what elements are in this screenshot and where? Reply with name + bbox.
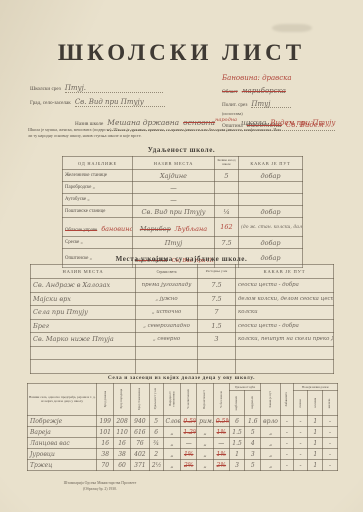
far-house: 3	[245, 449, 261, 460]
cart: 1	[308, 427, 323, 438]
kindergarten: -	[281, 449, 294, 460]
t3-col-religion: Вероисповест	[197, 384, 214, 416]
t2-r2-place: Села при Птују	[31, 306, 136, 320]
pct-illiterate: 2%	[181, 460, 197, 471]
houses: 199	[97, 416, 114, 427]
instruction-note: Школа је мушка, женска, мешовита (подврс…	[28, 127, 336, 139]
t2-r0-km: 7.5	[198, 279, 236, 293]
road: врло добар	[261, 416, 281, 427]
t3-col-distance: Удаљеност у км	[149, 384, 163, 416]
grad-label: Град, село-заселак	[30, 100, 71, 106]
t2-r4-place: Св. Марко ниже Птуја	[31, 333, 136, 347]
cart: 1	[308, 416, 323, 427]
t3-group2: На који начин долазе	[293, 384, 337, 391]
road: „	[261, 449, 281, 460]
t3-col-nationality: Народност становника	[163, 384, 181, 416]
pct-noschool: 2%	[213, 460, 229, 471]
village-name: Побрежје	[28, 416, 97, 427]
far-house: 5	[245, 460, 261, 471]
pct-noschool: 0.5%	[213, 416, 229, 427]
t1-r3-label: Поштанске станице	[63, 206, 133, 218]
t1-r3-place: Св. Вид при Птују	[133, 206, 215, 218]
kindergarten: -	[281, 416, 294, 427]
t1-r0-km: 5	[215, 170, 239, 182]
t3-col-road: Какав је пут	[261, 384, 281, 416]
srez-label: Школски срез	[30, 86, 61, 92]
far-house: 5	[245, 427, 261, 438]
rail: -	[323, 449, 338, 460]
t2-r6-km	[198, 360, 236, 374]
t3-sub-near: најближих	[229, 391, 245, 416]
nationality: „	[163, 449, 181, 460]
villages-table: Називи села, односно предграђа, рејони и…	[27, 383, 338, 471]
t2-r6-place	[31, 360, 136, 374]
t1-col1: ОД НАЈБЛИЖЕ	[63, 157, 133, 170]
t2-r1-km: 7.5	[198, 292, 236, 306]
rail: -	[323, 460, 338, 471]
t2-r6-road	[236, 360, 334, 374]
oblast-label: Област	[222, 89, 238, 95]
t1-r0-label: Железничке станице	[63, 170, 133, 182]
families: 110	[114, 427, 131, 438]
t2-r5-road	[236, 346, 334, 360]
nearest-schools-table: НАЗИВ МЕСТА Страна света Растојање у км …	[30, 264, 334, 374]
families: 38	[114, 449, 131, 460]
pct-illiterate: 0.5%	[181, 416, 197, 427]
table-row: Св. Андраж в Халозах према југозападу 7.…	[31, 279, 334, 293]
section1-heading: Удаљеност школе.	[0, 146, 363, 154]
t2-r4-dir: „ северно	[136, 333, 198, 347]
t1-r5-road: добар	[239, 237, 303, 249]
pct-illiterate: 1.2%	[181, 427, 197, 438]
road: „	[261, 427, 281, 438]
nationality: „	[163, 427, 181, 438]
table-row: Паробродске „ —	[63, 182, 303, 194]
imprint-line2: (Образац бр. 2) 1930.	[83, 487, 117, 491]
families: 60	[114, 460, 131, 471]
grad-value: Св. Вид при Птују	[75, 98, 144, 106]
walk: -	[293, 449, 308, 460]
t2-col3: Растојање у км	[198, 265, 236, 279]
population: 76	[130, 438, 149, 449]
walk: -	[293, 416, 308, 427]
distance: 5	[149, 416, 163, 427]
table-row: Јуровци 38 38 402 2 „ 1% „ 1% 1 3 „ - - …	[28, 449, 338, 460]
t1-r4-label-red: бановинске	[101, 225, 132, 233]
t2-r4-road: колски, пешпут на скели преко Драве	[236, 333, 334, 347]
t1-col4: КАКАВ ЈЕ ПУТ	[239, 157, 303, 170]
t1-r4-place-red: Љубљана	[175, 225, 207, 233]
cart: 1	[308, 449, 323, 460]
t1-r5-place: Птуј	[133, 237, 215, 249]
printer-imprint: Штампарија Одсека Министарства Просвете …	[30, 481, 170, 492]
rail: -	[323, 427, 338, 438]
school-sheet-document: ШКОЛСКИ ЛИСТ Школски срез Птуј. Град, се…	[0, 0, 363, 512]
banovina-note: Бановина: дравска	[222, 74, 292, 82]
kindergarten: -	[281, 427, 294, 438]
distance-table: ОД НАЈБЛИЖЕ НАЗИВ МЕСТА Колико км од шко…	[62, 156, 303, 268]
t1-r4-road: (до ж. стан. колски, даље железница)	[239, 218, 303, 237]
t3-sub-walk: пешке	[293, 391, 308, 416]
t1-r2-km	[215, 194, 239, 206]
t2-r2-dir: „ источно	[136, 306, 198, 320]
t3-sub-far: најдаљих	[245, 391, 261, 416]
t2-col4: КАКАВ ЈЕ ПУТ	[236, 265, 334, 279]
t1-col2: НАЗИВ МЕСТА	[133, 157, 215, 170]
t2-col1: НАЗИВ МЕСТА	[31, 265, 136, 279]
families: 208	[114, 416, 131, 427]
kindergarten: -	[281, 438, 294, 449]
t1-r4-place-struck: Марибор	[140, 225, 171, 233]
pct-noschool: 1%	[213, 427, 229, 438]
table-row: Села при Птују „ источно 7 колски	[31, 306, 334, 320]
village-name: Ланцова вас	[28, 438, 97, 449]
t3-col-population: Број становника	[130, 384, 149, 416]
section2-heading: Места у којима су најближе школе.	[0, 255, 363, 263]
page-title: ШКОЛСКИ ЛИСТ	[0, 40, 363, 66]
families: 16	[114, 438, 131, 449]
population: 940	[130, 416, 149, 427]
houses: 70	[97, 460, 114, 471]
distance: 2½	[149, 460, 163, 471]
table-header-row: ОД НАЈБЛИЖЕ НАЗИВ МЕСТА Колико км од шко…	[63, 157, 303, 170]
t1-r2-place: —	[133, 194, 215, 206]
t1-r4-label-struck: Обласне управе	[65, 228, 97, 233]
t2-r1-dir: „ јужно	[136, 292, 198, 306]
t1-r2-label: Аутобуске „	[63, 194, 133, 206]
t2-r1-road: делом колски, делом сеоска цеста	[236, 292, 334, 306]
village-name: Јуровци	[28, 449, 97, 460]
religion: „	[197, 460, 214, 471]
t1-r5-km: 7.5	[215, 237, 239, 249]
population: 616	[130, 427, 149, 438]
t2-r4-km: 3	[198, 333, 236, 347]
far-house: 1.6	[245, 416, 261, 427]
t1-r0-road: добар	[239, 170, 303, 182]
imprint-line1: Штампарија Одсека Министарства Просвете	[64, 481, 137, 485]
t2-r3-dir: „ северозападно	[136, 319, 198, 333]
table-header-row: НАЗИВ МЕСТА Страна света Растојање у км …	[31, 265, 334, 279]
rail: -	[323, 438, 338, 449]
t1-r5-label: Среске „	[63, 237, 133, 249]
t3-col-noschool: % без школе	[213, 384, 229, 416]
table-row: Св. Марко ниже Птуја „ северно 3 колски,…	[31, 333, 334, 347]
religion: „	[197, 438, 214, 449]
t2-r5-dir	[136, 346, 198, 360]
t2-r0-place: Св. Андраж в Халозах	[31, 279, 136, 293]
religion: рим.кат.	[197, 416, 214, 427]
t3-col-kindergarten: Забавиште	[281, 384, 294, 416]
table-row: Тржец 70 60 371 2½ „ 2% „ 2% 3 5 „ - - 1…	[28, 460, 338, 471]
t1-r1-place: —	[133, 182, 215, 194]
road: „	[261, 460, 281, 471]
village-name: Вареја	[28, 427, 97, 438]
walk: -	[293, 460, 308, 471]
table-row: Вареја 101 110 616 6 „ 1.2% „ 1% 1.5 5 „…	[28, 427, 338, 438]
pct-illiterate: 1%	[181, 449, 197, 460]
t3-group1: Удаљеност кућа	[229, 384, 261, 391]
section3-heading: Села и засеоци из којих долазе деца у ов…	[0, 375, 363, 381]
nationality: „	[163, 460, 181, 471]
note-line2: ли ту народну основну школу, назив ступњ…	[28, 133, 336, 139]
table-row-empty	[31, 346, 334, 360]
t1-r1-road	[239, 182, 303, 194]
table-row-corrected: Обласне управе бановинске Марибор Љубљан…	[63, 218, 303, 237]
table-row: Поштанске станице Св. Вид при Птују ¼ до…	[63, 206, 303, 218]
t2-col2: Страна света	[136, 265, 198, 279]
near-house: 1.5	[229, 427, 245, 438]
polit-srez-value: Птуј	[251, 100, 270, 108]
near-house: 3	[229, 460, 245, 471]
religion: „	[197, 427, 214, 438]
table-row: Аутобуске „ —	[63, 194, 303, 206]
t2-r3-place: Брег	[31, 319, 136, 333]
t1-r2-road	[239, 194, 303, 206]
t3-col-houses: Број домова	[97, 384, 114, 416]
table-row-empty	[31, 360, 334, 374]
road: „	[261, 438, 281, 449]
t3-col-illiterate: % неписмених	[181, 384, 197, 416]
pct-noschool: —	[213, 438, 229, 449]
table-header-row: Називи села, односно предграђа, рејони и…	[28, 384, 338, 391]
t2-r0-road: сеоска цеста - добра	[236, 279, 334, 293]
kindergarten: -	[281, 460, 294, 471]
t2-r3-road: сеоска цеста - добра	[236, 319, 334, 333]
village-name: Тржец	[28, 460, 97, 471]
t2-r6-dir	[136, 360, 198, 374]
walk: -	[293, 438, 308, 449]
houses: 16	[97, 438, 114, 449]
t1-r3-road: добар	[239, 206, 303, 218]
pct-illiterate: —	[181, 438, 197, 449]
table-row: Брег „ северозападно 1.5 сеоска цеста - …	[31, 319, 334, 333]
t3-sub-rail: железн.	[323, 391, 338, 416]
distance: ¾	[149, 438, 163, 449]
near-house: 1.5	[229, 438, 245, 449]
school-name-part1: Мешана државна	[107, 118, 179, 127]
table-row: Побрежје 199 208 940 5 Словенци 0.5% рим…	[28, 416, 338, 427]
near-house: 6	[229, 416, 245, 427]
table-row: Среске „ Птуј 7.5 добар	[63, 237, 303, 249]
t1-col3: Колико км од школе	[215, 157, 239, 170]
t2-r0-dir: према југозападу	[136, 279, 198, 293]
ink-smudge	[272, 24, 312, 32]
t3-sub-cart: колима	[308, 391, 323, 416]
t1-r0-place: Хајдине	[133, 170, 215, 182]
far-house: 4	[245, 438, 261, 449]
t1-r4-km: 162	[215, 218, 239, 237]
t2-r5-km	[198, 346, 236, 360]
houses: 38	[97, 449, 114, 460]
t1-r3-km: ¼	[215, 206, 239, 218]
t2-r5-place	[31, 346, 136, 360]
school-name-part2: школа	[241, 118, 266, 127]
religion: „	[197, 449, 214, 460]
cart: 1	[308, 460, 323, 471]
distance: 6	[149, 427, 163, 438]
pct-noschool: 1%	[213, 449, 229, 460]
near-house: 1	[229, 449, 245, 460]
walk: -	[293, 427, 308, 438]
population: 371	[130, 460, 149, 471]
nationality: Словенци	[163, 416, 181, 427]
school-name-red-after: Видем при Птују	[270, 119, 335, 127]
t1-r1-label: Паробродске „	[63, 182, 133, 194]
t2-r2-road: колски	[236, 306, 334, 320]
table-row: Ланцова вас 16 16 76 ¾ „ — „ — 1.5 4 „ -…	[28, 438, 338, 449]
population: 402	[130, 449, 149, 460]
t2-r3-km: 1.5	[198, 319, 236, 333]
t2-r2-km: 7	[198, 306, 236, 320]
rail: -	[323, 416, 338, 427]
table-row: Железничке станице Хајдине 5 добар	[63, 170, 303, 182]
t3-col-families: Број породица	[114, 384, 131, 416]
t1-r1-km	[215, 182, 239, 194]
header-left: Школски срез Птуј. Град, село-заселак Св…	[30, 82, 195, 110]
table-row: Мајски врх „ јужно 7.5 делом колски, дел…	[31, 292, 334, 306]
nationality: „	[163, 438, 181, 449]
school-name-struck: основна	[183, 118, 215, 127]
t3-name-col: Називи села, односно предграђа, рејони и…	[28, 384, 97, 416]
t2-r1-place: Мајски врх	[31, 292, 136, 306]
cart: 1	[308, 438, 323, 449]
polit-srez-label: Полит. срез	[222, 102, 247, 108]
school-name-red-above: народна	[215, 117, 237, 123]
houses: 101	[97, 427, 114, 438]
srez-value: Птуј.	[65, 84, 86, 92]
distance: 2	[149, 449, 163, 460]
